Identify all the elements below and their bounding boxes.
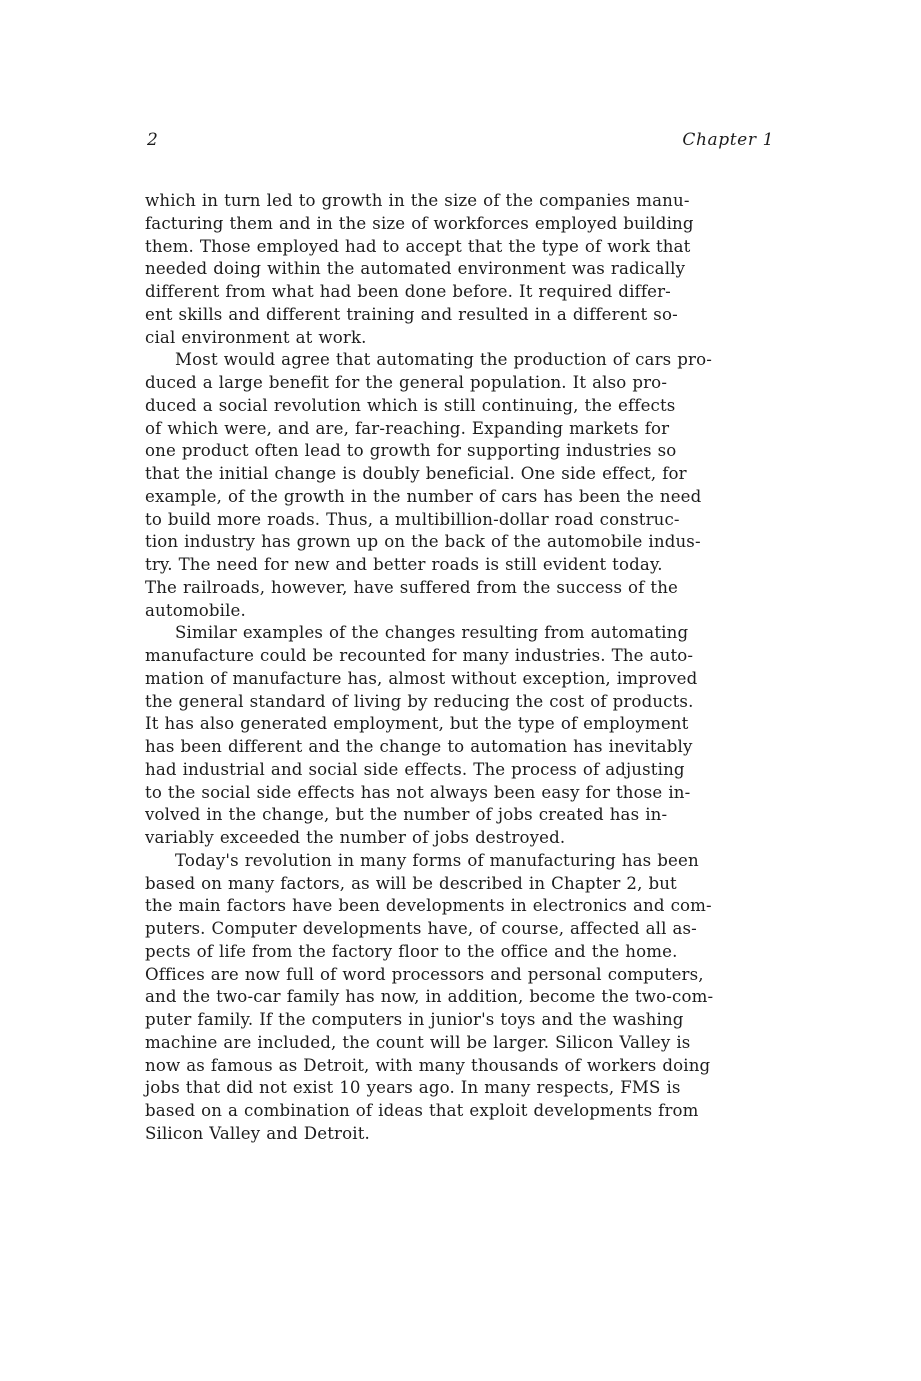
paragraph-2: Most would agree that automating the pro…	[145, 349, 785, 622]
text-line: tion industry has grown up on the back o…	[145, 531, 785, 554]
text-line: jobs that did not exist 10 years ago. In…	[145, 1077, 785, 1100]
text-line: mation of manufacture has, almost withou…	[145, 668, 785, 691]
text-line: the general standard of living by reduci…	[145, 691, 785, 714]
text-line: duced a large benefit for the general po…	[145, 372, 785, 395]
text-line: of which were, and are, far-reaching. Ex…	[145, 418, 785, 441]
text-line: duced a social revolution which is still…	[145, 395, 785, 418]
text-line: to the social side effects has not alway…	[145, 782, 785, 805]
paragraph-1: which in turn led to growth in the size …	[145, 190, 785, 349]
text-line: which in turn led to growth in the size …	[145, 190, 785, 213]
text-line: has been different and the change to aut…	[145, 736, 785, 759]
text-line: needed doing within the automated enviro…	[145, 258, 785, 281]
text-line: one product often lead to growth for sup…	[145, 440, 785, 463]
text-line: try. The need for new and better roads i…	[145, 554, 785, 577]
text-line: puter family. If the computers in junior…	[145, 1009, 785, 1032]
text-line: Offices are now full of word processors …	[145, 964, 785, 987]
text-line: based on a combination of ideas that exp…	[145, 1100, 785, 1123]
text-line: Today's revolution in many forms of manu…	[145, 850, 785, 873]
body-text: which in turn led to growth in the size …	[145, 190, 785, 1146]
text-line: had industrial and social side effects. …	[145, 759, 785, 782]
text-line: automobile.	[145, 600, 785, 623]
text-line: to build more roads. Thus, a multibillio…	[145, 509, 785, 532]
running-header: 2 Chapter 1	[147, 130, 774, 156]
paragraph-3: Similar examples of the changes resultin…	[145, 622, 785, 850]
text-line: now as famous as Detroit, with many thou…	[145, 1055, 785, 1078]
text-line: and the two-car family has now, in addit…	[145, 986, 785, 1009]
text-line: based on many factors, as will be descri…	[145, 873, 785, 896]
text-line: Silicon Valley and Detroit.	[145, 1123, 785, 1146]
text-line: cial environment at work.	[145, 327, 785, 350]
text-line: that the initial change is doubly benefi…	[145, 463, 785, 486]
page-number: 2	[147, 130, 158, 150]
chapter-label: Chapter 1	[682, 130, 774, 150]
text-line: Similar examples of the changes resultin…	[145, 622, 785, 645]
text-line: pects of life from the factory floor to …	[145, 941, 785, 964]
text-line: them. Those employed had to accept that …	[145, 236, 785, 259]
text-line: example, of the growth in the number of …	[145, 486, 785, 509]
text-line: different from what had been done before…	[145, 281, 785, 304]
text-line: manufacture could be recounted for many …	[145, 645, 785, 668]
text-line: volved in the change, but the number of …	[145, 804, 785, 827]
text-line: variably exceeded the number of jobs des…	[145, 827, 785, 850]
text-line: Most would agree that automating the pro…	[145, 349, 785, 372]
text-line: facturing them and in the size of workfo…	[145, 213, 785, 236]
text-line: puters. Computer developments have, of c…	[145, 918, 785, 941]
text-line: ent skills and different training and re…	[145, 304, 785, 327]
text-line: The railroads, however, have suffered fr…	[145, 577, 785, 600]
paragraph-4: Today's revolution in many forms of manu…	[145, 850, 785, 1146]
text-line: the main factors have been developments …	[145, 895, 785, 918]
text-line: machine are included, the count will be …	[145, 1032, 785, 1055]
text-line: It has also generated employment, but th…	[145, 713, 785, 736]
